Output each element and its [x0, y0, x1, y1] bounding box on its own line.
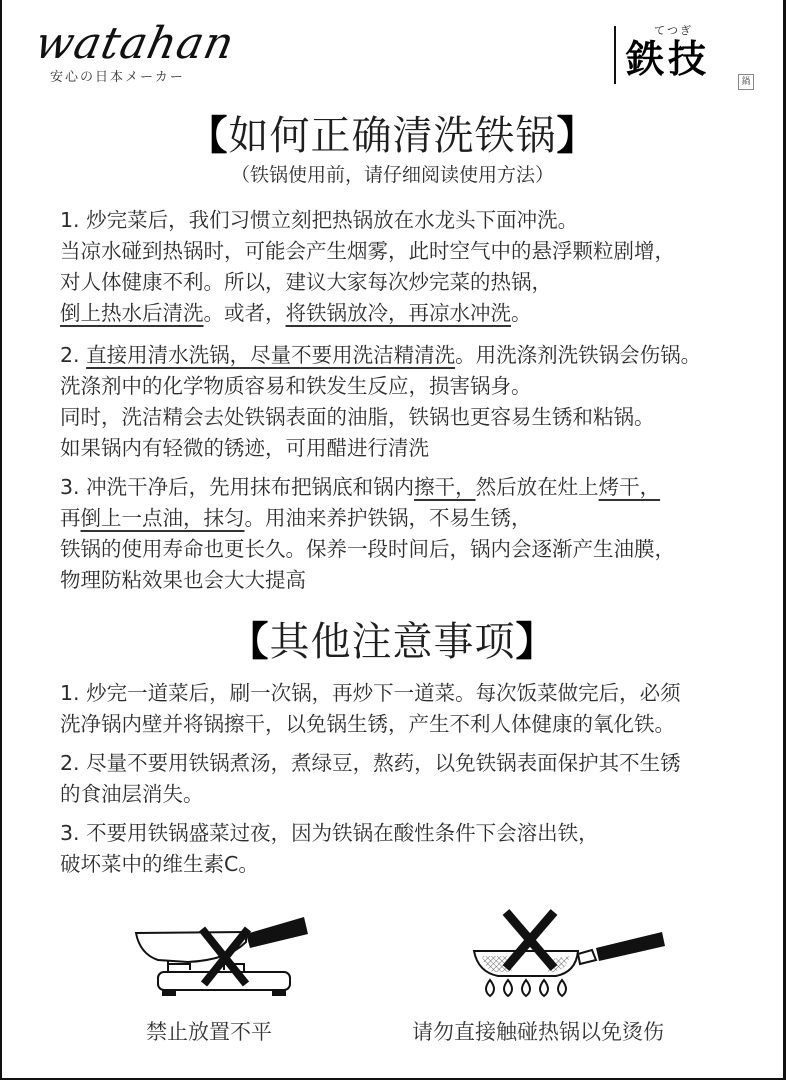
text-segment: 1. 炒完菜后，我们习惯立刻把热锅放在水龙头下面冲洗。	[60, 208, 578, 232]
section2-title: 【其他注意事项】	[2, 610, 783, 667]
brand-logo-tetsugi: てつぎ 鉄技 鍋	[614, 22, 764, 86]
warning-caption-hot: 请勿直接触碰热锅以免烫伤	[412, 1016, 664, 1046]
section2-item-1: 1. 炒完一道菜后，刷一次锅，再炒下一道菜。每次饭菜做完后，必须洗净锅内壁并将锅…	[60, 678, 681, 740]
paragraph-line: 当凉水碰到热锅时，可能会产生烟雾，此时空气中的悬浮颗粒剧增，	[60, 236, 675, 267]
paragraph-line: 洗涤剂中的化学物质容易和铁发生反应，损害锅身。	[60, 371, 701, 402]
section1-item-2: 2. 直接用清水洗锅，尽量不要用洗洁精清洗。用洗涤剂洗铁锅会伤锅。洗涤剂中的化学…	[60, 340, 701, 464]
text-segment: 如果锅内有轻微的锈迹，可用醋进行清洗	[60, 436, 429, 460]
bracket-open: 【	[229, 619, 270, 665]
bracket-close: 】	[557, 113, 598, 159]
text-segment: 2. 尽量不要用铁锅煮汤，煮绿豆，熬药，以免铁锅表面保护其不生锈	[60, 751, 681, 775]
paragraph-line: 3. 冲洗干净后，先用抹布把锅底和锅内擦干，然后放在灶上烤干，	[60, 472, 675, 503]
underlined-text: 烤干，	[599, 475, 661, 499]
text-segment: 。或者，	[204, 301, 286, 325]
instruction-card: watahan 安心の日本メーカー てつぎ 鉄技 鍋 【如何正确清洗铁锅】 （铁…	[0, 0, 786, 1080]
paragraph-line: 铁锅的使用寿命也更长久。保养一段时间后，锅内会逐渐产生油膜，	[60, 534, 675, 565]
warning-caption-uneven: 禁止放置不平	[146, 1016, 272, 1046]
text-segment: 的食油层消失。	[60, 782, 204, 806]
section1-item-1: 1. 炒完菜后，我们习惯立刻把热锅放在水龙头下面冲洗。当凉水碰到热锅时，可能会产…	[60, 205, 675, 329]
underlined-text: 将铁锅放冷，再凉水冲洗	[286, 301, 512, 325]
paragraph-line: 物理防粘效果也会大大提高	[60, 565, 675, 596]
paragraph-line: 倒上热水后清洗。或者，将铁锅放冷，再凉水冲洗。	[60, 298, 675, 329]
brand-seal-icon: 鍋	[738, 74, 754, 90]
text-segment: 。用洗涤剂洗铁锅会伤锅。	[455, 343, 701, 367]
paragraph-line: 再倒上一点油，抹匀。用油来养护铁锅，不易生锈，	[60, 503, 675, 534]
text-segment: 破坏菜中的维生素C。	[60, 852, 259, 876]
text-segment: 。	[511, 301, 532, 325]
section2-item-3: 3. 不要用铁锅盛菜过夜，因为铁锅在酸性条件下会溶出铁，破坏菜中的维生素C。	[60, 818, 599, 880]
text-segment: 铁锅的使用寿命也更长久。保养一段时间后，锅内会逐渐产生油膜，	[60, 537, 675, 561]
brand-kanji: 鉄技	[626, 36, 710, 82]
text-segment: 1. 炒完一道菜后，刷一次锅，再炒下一道菜。每次饭菜做完后，必须	[60, 681, 681, 705]
text-segment: 当凉水碰到热锅时，可能会产生烟雾，此时空气中的悬浮颗粒剧增，	[60, 239, 675, 263]
bracket-open: 【	[188, 113, 229, 159]
section1-title: 【如何正确清洗铁锅】	[2, 104, 783, 161]
text-segment: 3. 不要用铁锅盛菜过夜，因为铁锅在酸性条件下会溶出铁，	[60, 821, 599, 845]
paragraph-line: 同时，洗洁精会去处铁锅表面的油脂，铁锅也更容易生锈和粘锅。	[60, 402, 701, 433]
paragraph-line: 对人体健康不利。所以，建议大家每次炒完菜的热锅，	[60, 267, 675, 298]
brand-logo-watahan: watahan 安心の日本メーカー	[36, 22, 236, 85]
text-segment: 同时，洗洁精会去处铁锅表面的油脂，铁锅也更容易生锈和粘锅。	[60, 405, 655, 429]
paragraph-line: 的食油层消失。	[60, 779, 681, 810]
underlined-text: 擦干，	[414, 475, 476, 499]
text-segment: 。用油来养护铁锅，不易生锈，	[245, 506, 532, 530]
section1-title-text: 如何正确清洗铁锅	[229, 113, 557, 159]
paragraph-line: 1. 炒完菜后，我们习惯立刻把热锅放在水龙头下面冲洗。	[60, 205, 675, 236]
paragraph-line: 2. 尽量不要用铁锅煮汤，煮绿豆，熬药，以免铁锅表面保护其不生锈	[60, 748, 681, 779]
text-segment: 物理防粘效果也会大大提高	[60, 568, 306, 592]
hot-pan-crossed-icon	[468, 904, 668, 998]
brand-script: watahan	[31, 22, 240, 66]
section2-item-2: 2. 尽量不要用铁锅煮汤，煮绿豆，熬药，以免铁锅表面保护其不生锈的食油层消失。	[60, 748, 681, 810]
underlined-text: 倒上一点油，抹匀	[81, 506, 245, 530]
section1-subtitle: （铁锅使用前，请仔细阅读使用方法）	[2, 160, 783, 187]
section2-title-text: 其他注意事项	[270, 619, 516, 665]
underlined-text: 倒上热水后清洗	[60, 301, 204, 325]
text-segment: 对人体健康不利。所以，建议大家每次炒完菜的热锅，	[60, 270, 552, 294]
text-segment: 3. 冲洗干净后，先用抹布把锅底和锅内	[60, 475, 414, 499]
section1-item-3: 3. 冲洗干净后，先用抹布把锅底和锅内擦干，然后放在灶上烤干，再倒上一点油，抹匀…	[60, 472, 675, 596]
paragraph-line: 如果锅内有轻微的锈迹，可用醋进行清洗	[60, 433, 701, 464]
paragraph-line: 2. 直接用清水洗锅，尽量不要用洗洁精清洗。用洗涤剂洗铁锅会伤锅。	[60, 340, 701, 371]
text-segment: 然后放在灶上	[476, 475, 599, 499]
paragraph-line: 1. 炒完一道菜后，刷一次锅，再炒下一道菜。每次饭菜做完后，必须	[60, 678, 681, 709]
bracket-close: 】	[516, 619, 557, 665]
text-segment: 2.	[60, 343, 86, 367]
text-segment: 再	[60, 506, 81, 530]
brand-divider	[614, 26, 616, 84]
underlined-text: 直接用清水洗锅，尽量不要用洗洁精清洗	[86, 343, 455, 367]
paragraph-line: 破坏菜中的维生素C。	[60, 849, 599, 880]
pan-on-uneven-stove-crossed-icon	[128, 904, 318, 996]
text-segment: 洗净锅内壁并将锅擦干，以免锅生锈，产生不利人体健康的氧化铁。	[60, 712, 675, 736]
text-segment: 洗涤剂中的化学物质容易和铁发生反应，损害锅身。	[60, 374, 532, 398]
paragraph-line: 洗净锅内壁并将锅擦干，以免锅生锈，产生不利人体健康的氧化铁。	[60, 709, 681, 740]
paragraph-line: 3. 不要用铁锅盛菜过夜，因为铁锅在酸性条件下会溶出铁，	[60, 818, 599, 849]
